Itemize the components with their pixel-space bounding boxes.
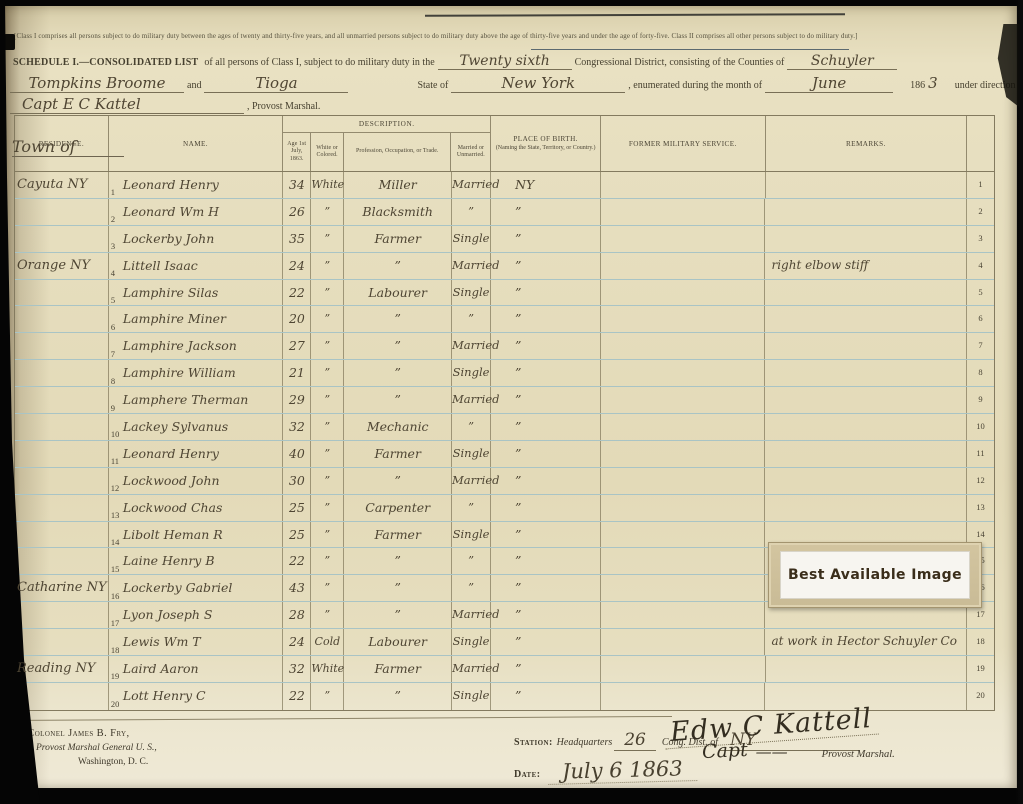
best-available-image-badge: Best Available Image <box>768 542 982 608</box>
row-number-right: 1 <box>967 172 994 198</box>
cell-military-service <box>601 333 766 359</box>
name-text: Lamphere Therman <box>123 392 249 407</box>
cell-occupation: Farmer <box>344 656 452 682</box>
cell-remarks <box>765 360 967 386</box>
cell-married: Single <box>452 441 491 467</box>
name-text: Lott Henry C <box>123 688 206 703</box>
row-number-left: 14 <box>111 538 120 547</box>
cell-military-service <box>601 602 766 628</box>
row-number-right: 2 <box>967 199 994 225</box>
cell-military-service <box>601 575 766 601</box>
cell-remarks <box>765 306 967 332</box>
cell-place-of-birth: ” <box>491 629 601 655</box>
cell-remarks <box>765 495 967 521</box>
row-number-right: 5 <box>967 280 994 306</box>
cell-color: ” <box>311 360 344 386</box>
cell-place-of-birth: ” <box>491 683 601 710</box>
schedule-header: SCHEDULE I.—CONSOLIDATED LIST of all per… <box>10 53 1012 116</box>
cell-name: 1 Leonard Henry <box>109 172 284 198</box>
cell-place-of-birth: ” <box>491 414 601 440</box>
cell-color: ” <box>311 226 344 252</box>
header-military-service: FORMER MILITARY SERVICE. <box>601 116 766 171</box>
cell-color: ” <box>311 548 344 574</box>
cell-age: 30 <box>283 468 311 494</box>
schedule-title: SCHEDULE I.—CONSOLIDATED LIST <box>13 57 198 68</box>
cell-residence <box>15 306 109 332</box>
station-label: Station: <box>514 737 553 748</box>
row-number-left: 9 <box>111 404 115 413</box>
row-number-left: 17 <box>111 619 120 628</box>
name-text: Lockwood John <box>123 473 220 488</box>
handwritten-year-digit: 3 <box>928 74 938 92</box>
handwritten-marshal-name: Capt E C Kattel <box>10 95 244 114</box>
cell-color: ” <box>311 199 344 225</box>
cell-residence <box>15 360 109 386</box>
header-description: DESCRIPTION. <box>283 116 490 133</box>
cell-color: ” <box>311 387 344 413</box>
row-number-right: 6 <box>967 306 994 332</box>
cell-age: 22 <box>283 683 311 710</box>
cell-military-service <box>601 360 766 386</box>
cell-color: Cold <box>311 629 344 655</box>
header-place-of-birth: PLACE OF BIRTH. (Naming the State, Terri… <box>491 116 601 171</box>
cell-married: ” <box>452 575 491 601</box>
cell-remarks <box>766 172 968 198</box>
cell-military-service <box>601 414 766 440</box>
cell-color: ” <box>311 602 344 628</box>
cell-residence <box>15 226 109 252</box>
handwritten-state: New York <box>451 74 625 93</box>
addressee-title: Provost Marshal General U. S., <box>36 743 157 753</box>
cell-residence <box>15 602 109 628</box>
cell-remarks <box>765 226 967 252</box>
previous-page-fragment-line <box>425 13 845 16</box>
header-printed-text: and <box>187 80 201 91</box>
row-number-right: 3 <box>967 226 994 252</box>
name-text: Lamphire Silas <box>123 285 218 300</box>
cell-occupation: Labourer <box>344 280 452 306</box>
cell-military-service <box>601 522 766 548</box>
cell-remarks <box>765 468 967 494</box>
name-text: Laine Henry B <box>123 553 215 568</box>
cell-military-service <box>601 468 766 494</box>
handwritten-county-1: Schuyler <box>787 53 897 70</box>
cell-married: ” <box>452 495 491 521</box>
cell-married: Married <box>452 253 491 279</box>
cell-residence <box>15 414 109 440</box>
cell-occupation: ” <box>344 387 452 413</box>
row-number-left: 12 <box>111 484 120 493</box>
cell-occupation: ” <box>344 548 452 574</box>
table-row: Reading NY 19 Laird Aaron 32 White Farme… <box>15 656 994 683</box>
header-married: Married or Unmarried. <box>451 133 490 171</box>
name-text: Lamphire Miner <box>123 311 226 326</box>
cell-occupation: Mechanic <box>344 414 452 440</box>
cell-age: 21 <box>283 360 311 386</box>
name-text: Lackey Sylvanus <box>123 419 228 434</box>
cell-military-service <box>601 253 766 279</box>
cell-military-service <box>601 387 766 413</box>
cell-married: ” <box>452 414 491 440</box>
cell-military-service <box>601 172 766 198</box>
cell-remarks <box>765 199 967 225</box>
cell-color: ” <box>311 333 344 359</box>
cell-age: 24 <box>283 629 311 655</box>
station-printed: Headquarters <box>557 737 613 748</box>
name-text: Libolt Heman R <box>123 527 223 542</box>
handwritten-county-3: Tioga <box>204 74 348 93</box>
cell-name: 14 Libolt Heman R <box>109 522 284 548</box>
cell-residence <box>15 199 109 225</box>
row-number-right: 9 <box>967 387 994 413</box>
cell-occupation: Labourer <box>344 629 452 655</box>
cell-military-service <box>601 548 766 574</box>
cell-place-of-birth: ” <box>491 441 601 467</box>
scan-edge-top <box>0 0 1023 6</box>
cell-occupation: ” <box>344 306 452 332</box>
header-description-group: DESCRIPTION. Age 1st July, 1863. White o… <box>283 116 491 171</box>
row-number-left: 7 <box>111 350 115 359</box>
cell-military-service <box>601 280 766 306</box>
cell-occupation: ” <box>344 602 452 628</box>
cell-name: 10 Lackey Sylvanus <box>109 414 284 440</box>
header-printed-text: of all persons of Class I, subject to do… <box>204 57 434 68</box>
row-number-left: 18 <box>111 646 120 655</box>
cell-name: 20 Lott Henry C <box>109 683 284 710</box>
cell-military-service <box>601 495 766 521</box>
cell-military-service <box>601 656 766 682</box>
cell-remarks <box>765 280 967 306</box>
header-printed-text: Congressional District, consisting of th… <box>575 57 785 68</box>
header-printed-text: State of <box>417 80 448 91</box>
cell-color: ” <box>311 683 344 710</box>
cell-name: 12 Lockwood John <box>109 468 284 494</box>
row-number-right: 13 <box>967 495 994 521</box>
cell-military-service <box>601 441 766 467</box>
header-line-2: Tompkins Broome and Tioga State of New Y… <box>10 74 1012 95</box>
cell-place-of-birth: ” <box>491 602 601 628</box>
badge-label: Best Available Image <box>780 551 970 599</box>
cell-place-of-birth: ” <box>491 306 601 332</box>
cell-residence <box>15 629 109 655</box>
cell-name: 11 Leonard Henry <box>109 441 284 467</box>
cell-place-of-birth: ” <box>491 199 601 225</box>
signature-flourish: —— <box>756 742 788 761</box>
cell-name: 8 Lamphire William <box>109 360 284 386</box>
cell-occupation: ” <box>344 333 452 359</box>
table-body: Cayuta NY 1 Leonard Henry 34 White Mille… <box>14 172 995 711</box>
handwritten-district: Twenty sixth <box>438 53 572 70</box>
cell-married: Married <box>452 333 491 359</box>
row-number-right: 8 <box>967 360 994 386</box>
cell-color: ” <box>311 495 344 521</box>
name-text: Littell Isaac <box>123 258 198 273</box>
cell-place-of-birth: ” <box>491 656 601 682</box>
cell-military-service <box>601 226 766 252</box>
cell-occupation: Farmer <box>344 226 452 252</box>
table-row: 2 Leonard Wm H 26 ” Blacksmith ” ” 2 <box>15 199 994 226</box>
signature-block: Edw C Kattell Capt —— Provost Marshal. <box>642 710 1002 762</box>
cell-military-service <box>601 683 766 710</box>
cell-married: Single <box>452 280 491 306</box>
cell-occupation: ” <box>344 360 452 386</box>
cell-occupation: Farmer <box>344 522 452 548</box>
header-birth-title: PLACE OF BIRTH. <box>513 135 577 143</box>
cell-military-service <box>601 306 766 332</box>
handwritten-month: June <box>765 74 893 93</box>
header-age: Age 1st July, 1863. <box>283 133 311 171</box>
cell-place-of-birth: ” <box>491 548 601 574</box>
cell-place-of-birth: ” <box>491 575 601 601</box>
cell-age: 29 <box>283 387 311 413</box>
row-number-right: 19 <box>967 656 994 682</box>
cell-married: Married <box>452 602 491 628</box>
cell-color: White <box>311 656 344 682</box>
cell-place-of-birth: ” <box>491 333 601 359</box>
name-text: Leonard Henry <box>123 177 219 192</box>
row-number-left: 16 <box>111 592 120 601</box>
cell-place-of-birth: ” <box>491 495 601 521</box>
cell-name: 15 Laine Henry B <box>109 548 284 574</box>
cell-residence <box>15 522 109 548</box>
cell-residence: Reading NY <box>15 656 109 682</box>
table-row: 3 Lockerby John 35 ” Farmer Single ” 3 <box>15 226 994 253</box>
cell-age: 22 <box>283 548 311 574</box>
header-remarks: REMARKS. <box>766 116 967 171</box>
cell-married: Single <box>452 683 491 710</box>
cell-age: 35 <box>283 226 311 252</box>
row-number-left: 11 <box>111 457 119 466</box>
table-row: Orange NY 4 Littell Isaac 24 ” ” Married… <box>15 253 994 280</box>
row-number-left: 6 <box>111 323 115 332</box>
provost-marshal-label: Provost Marshal. <box>822 749 895 760</box>
table-row: 13 Lockwood Chas 25 ” Carpenter ” ” 13 <box>15 495 994 522</box>
cell-married: ” <box>452 199 491 225</box>
name-text: Lamphire Jackson <box>123 338 237 353</box>
row-number-left: 2 <box>111 215 115 224</box>
cell-name: 7 Lamphire Jackson <box>109 333 284 359</box>
name-text: Lockerby Gabriel <box>123 580 233 595</box>
cell-military-service <box>601 199 766 225</box>
cell-residence <box>15 548 109 574</box>
row-number-right: 18 <box>967 629 994 655</box>
header-printed-year: 186 <box>910 80 925 91</box>
row-number-right: 10 <box>967 414 994 440</box>
cell-residence <box>15 495 109 521</box>
header-name: NAME. <box>109 116 284 171</box>
cell-occupation: Blacksmith <box>344 199 452 225</box>
table-row: 7 Lamphire Jackson 27 ” ” Married ” 7 <box>15 333 994 360</box>
row-number-left: 20 <box>111 700 120 709</box>
cell-age: 22 <box>283 280 311 306</box>
cell-place-of-birth: ” <box>491 280 601 306</box>
cell-age: 27 <box>283 333 311 359</box>
row-number-left: 15 <box>111 565 120 574</box>
name-text: Laird Aaron <box>123 661 199 676</box>
cell-remarks <box>766 656 968 682</box>
row-number-left: 3 <box>111 242 115 251</box>
cell-military-service <box>601 629 766 655</box>
cell-name: 9 Lamphere Therman <box>109 387 284 413</box>
cell-remarks <box>765 333 967 359</box>
name-text: Leonard Wm H <box>123 204 219 219</box>
cell-occupation: Farmer <box>344 441 452 467</box>
row-number-left: 19 <box>111 672 120 681</box>
cell-residence <box>15 280 109 306</box>
header-printed-text: , enumerated during the month of <box>628 80 762 91</box>
cell-place-of-birth: ” <box>491 522 601 548</box>
cell-place-of-birth: ” <box>491 468 601 494</box>
name-text: Lamphire William <box>123 365 236 380</box>
header-printed-text: , Provost Marshal. <box>247 101 320 112</box>
handwritten-rank: Capt <box>701 739 748 763</box>
cell-married: Married <box>452 656 491 682</box>
header-line-3: Capt E C Kattel , Provost Marshal. <box>10 95 1012 116</box>
cell-color: ” <box>311 522 344 548</box>
cell-residence: Orange NY <box>15 253 109 279</box>
row-number-left: 8 <box>111 377 115 386</box>
cell-residence <box>15 468 109 494</box>
note-divider-rule <box>531 49 849 50</box>
name-text: Lyon Joseph S <box>123 607 213 622</box>
row-number-right: 20 <box>967 683 994 710</box>
name-text: Lockwood Chas <box>123 500 223 515</box>
cell-place-of-birth: ” <box>491 226 601 252</box>
cell-color: White <box>311 172 344 198</box>
cell-place-of-birth: ” <box>491 387 601 413</box>
cell-age: 43 <box>283 575 311 601</box>
row-number-right: 4 <box>967 253 994 279</box>
cell-age: 32 <box>283 414 311 440</box>
cell-married: ” <box>452 548 491 574</box>
addressee-city: Washington, D. C. <box>78 757 157 767</box>
cell-color: ” <box>311 575 344 601</box>
row-number-left: 4 <box>111 269 115 278</box>
scan-artifact-blob <box>4 34 15 50</box>
cell-age: 34 <box>283 172 311 198</box>
cell-remarks <box>765 387 967 413</box>
cell-residence <box>15 441 109 467</box>
cell-occupation: ” <box>344 683 452 710</box>
name-text: Leonard Henry <box>123 446 219 461</box>
header-line-number <box>967 116 994 171</box>
cell-color: ” <box>311 441 344 467</box>
cell-name: 3 Lockerby John <box>109 226 284 252</box>
table-row: 5 Lamphire Silas 22 ” Labourer Single ” … <box>15 280 994 307</box>
row-number-left: 10 <box>111 430 120 439</box>
cell-age: 28 <box>283 602 311 628</box>
scan-edge-right <box>1016 0 1023 804</box>
document-scan: [Class I comprises all persons subject t… <box>0 0 1023 804</box>
header-line-1: SCHEDULE I.—CONSOLIDATED LIST of all per… <box>10 53 1012 74</box>
cell-age: 40 <box>283 441 311 467</box>
cell-residence: Catharine NY <box>15 575 109 601</box>
cell-color: ” <box>311 414 344 440</box>
table-row: 9 Lamphere Therman 29 ” ” Married ” 9 <box>15 387 994 414</box>
cell-married: Single <box>452 226 491 252</box>
cell-married: ” <box>452 306 491 332</box>
cell-age: 26 <box>283 199 311 225</box>
name-text: Lewis Wm T <box>123 634 201 649</box>
handwritten-county-2: Tompkins Broome <box>10 74 184 93</box>
cell-color: ” <box>311 253 344 279</box>
table-row: 11 Leonard Henry 40 ” Farmer Single ” 11 <box>15 441 994 468</box>
cell-married: Married <box>452 387 491 413</box>
row-number-left: 13 <box>111 511 120 520</box>
table-row: 10 Lackey Sylvanus 32 ” Mechanic ” ” 10 <box>15 414 994 441</box>
class-definition-note: [Class I comprises all persons subject t… <box>14 33 1010 40</box>
cell-name: 16 Lockerby Gabriel <box>109 575 284 601</box>
cell-name: 2 Leonard Wm H <box>109 199 284 225</box>
cell-married: Married <box>452 468 491 494</box>
cell-name: 5 Lamphire Silas <box>109 280 284 306</box>
table-row: 8 Lamphire William 21 ” ” Single ” 8 <box>15 360 994 387</box>
cell-color: ” <box>311 280 344 306</box>
addressee-name: To Colonel James B. Fry, <box>12 728 157 739</box>
cell-residence <box>15 333 109 359</box>
table-row: 18 Lewis Wm T 24 Cold Labourer Single ” … <box>15 629 994 656</box>
table-row: 6 Lamphire Miner 20 ” ” ” ” 6 <box>15 306 994 333</box>
cell-remarks: right elbow stiff <box>765 253 967 279</box>
cell-name: 17 Lyon Joseph S <box>109 602 284 628</box>
cell-age: 32 <box>283 656 311 682</box>
cell-married: Single <box>452 522 491 548</box>
row-number-left: 5 <box>111 296 115 305</box>
cell-name: 4 Littell Isaac <box>109 253 284 279</box>
table-header: RESIDENCE. NAME. DESCRIPTION. Age 1st Ju… <box>14 115 995 172</box>
cell-place-of-birth: ” <box>491 360 601 386</box>
table-row: 12 Lockwood John 30 ” ” Married ” 12 <box>15 468 994 495</box>
cell-name: 13 Lockwood Chas <box>109 495 284 521</box>
cell-married: Married <box>452 172 491 198</box>
cell-occupation: Miller <box>344 172 452 198</box>
cell-remarks: at work in Hector Schuyler Co <box>765 629 967 655</box>
cell-color: ” <box>311 306 344 332</box>
cell-residence <box>15 683 109 710</box>
cell-place-of-birth: ” <box>491 253 601 279</box>
cell-age: 25 <box>283 495 311 521</box>
handwritten-town-of: Town of <box>12 137 124 157</box>
cell-name: 19 Laird Aaron <box>109 656 284 682</box>
cell-residence <box>15 387 109 413</box>
cell-remarks <box>765 414 967 440</box>
cell-age: 24 <box>283 253 311 279</box>
cell-age: 25 <box>283 522 311 548</box>
header-birth-subtitle: (Naming the State, Territory, or Country… <box>496 145 596 152</box>
cell-occupation: ” <box>344 468 452 494</box>
row-number-right: 12 <box>967 468 994 494</box>
cell-residence: Cayuta NY <box>15 172 109 198</box>
cell-remarks <box>765 441 967 467</box>
date-label: Date: <box>514 769 540 780</box>
cell-name: 6 Lamphire Miner <box>109 306 284 332</box>
scan-edge-bottom <box>0 789 1023 804</box>
cell-age: 20 <box>283 306 311 332</box>
row-number-left: 1 <box>111 188 115 197</box>
name-text: Lockerby John <box>123 231 214 246</box>
cell-married: Single <box>452 360 491 386</box>
table-row: Cayuta NY 1 Leonard Henry 34 White Mille… <box>15 172 994 199</box>
ledger-page: [Class I comprises all persons subject t… <box>4 6 1017 788</box>
cell-place-of-birth: NY <box>491 172 601 198</box>
cell-name: 18 Lewis Wm T <box>109 629 284 655</box>
cell-color: ” <box>311 468 344 494</box>
header-color: White or Colored. <box>311 133 344 171</box>
cell-married: Single <box>452 629 491 655</box>
cell-occupation: Carpenter <box>344 495 452 521</box>
row-number-right: 11 <box>967 441 994 467</box>
footer-divider <box>4 716 672 721</box>
